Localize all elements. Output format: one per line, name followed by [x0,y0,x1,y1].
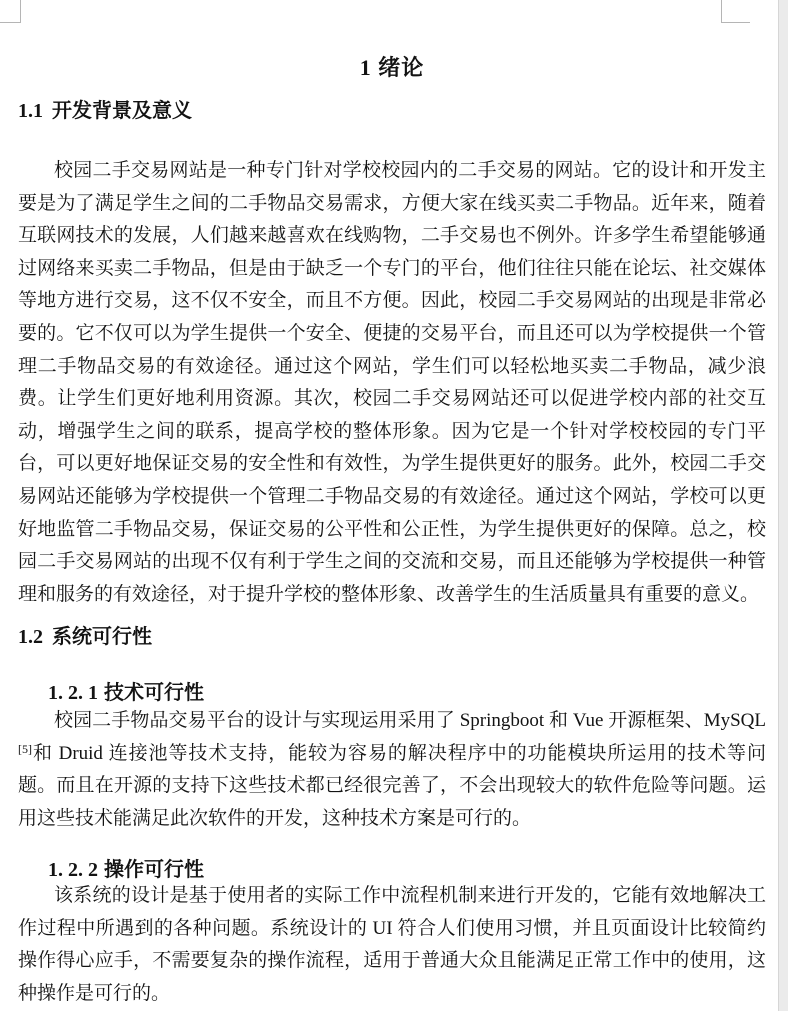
paragraph-operational-feasibility: 该系统的设计是基于使用者的实际工作中流程机制来进行开发的，它能有效地解决工作过程… [18,880,766,1010]
citation-superscript: [5] [18,742,32,756]
section-heading-label: 开发背景及意义 [52,100,192,122]
subsection-heading-label: 操作可行性 [104,859,204,881]
subsection-heading-1-2-1: 1. 2. 1技术可行性 [48,680,766,706]
paragraph-technical-feasibility: 校园二手物品交易平台的设计与实现运用采用了 Springboot 和 Vue 开… [18,705,766,835]
paragraph-text-after-citation: 和 Druid 连接池等技术支持，能较为容易的解决程序中的功能模块所运用的技术等… [18,743,766,829]
subsection-heading-label: 技术可行性 [104,682,204,704]
paragraph-text-before-citation: 校园二手物品交易平台的设计与实现运用采用了 Springboot 和 Vue 开… [54,710,766,731]
section-heading-label: 系统可行性 [52,626,152,648]
document-page: 1 绪论 1.1开发背景及意义 校园二手交易网站是一种专门针对学校校园内的二手交… [0,0,788,1011]
chapter-title: 1 绪论 [18,55,766,81]
subsection-number: 1. 2. 1 [48,682,98,704]
paragraph-background-significance: 校园二手交易网站是一种专门针对学校校园内的二手交易的网站。它的设计和开发主要是为… [18,155,766,611]
page-content: 1 绪论 1.1开发背景及意义 校园二手交易网站是一种专门针对学校校园内的二手交… [18,0,766,1011]
subsection-number: 1. 2. 2 [48,859,98,881]
page-edge-strip [778,0,788,1011]
section-number: 1.2 [18,626,43,648]
section-heading-1-2: 1.2系统可行性 [18,624,766,650]
section-number: 1.1 [18,100,43,122]
section-heading-1-1: 1.1开发背景及意义 [18,98,766,124]
